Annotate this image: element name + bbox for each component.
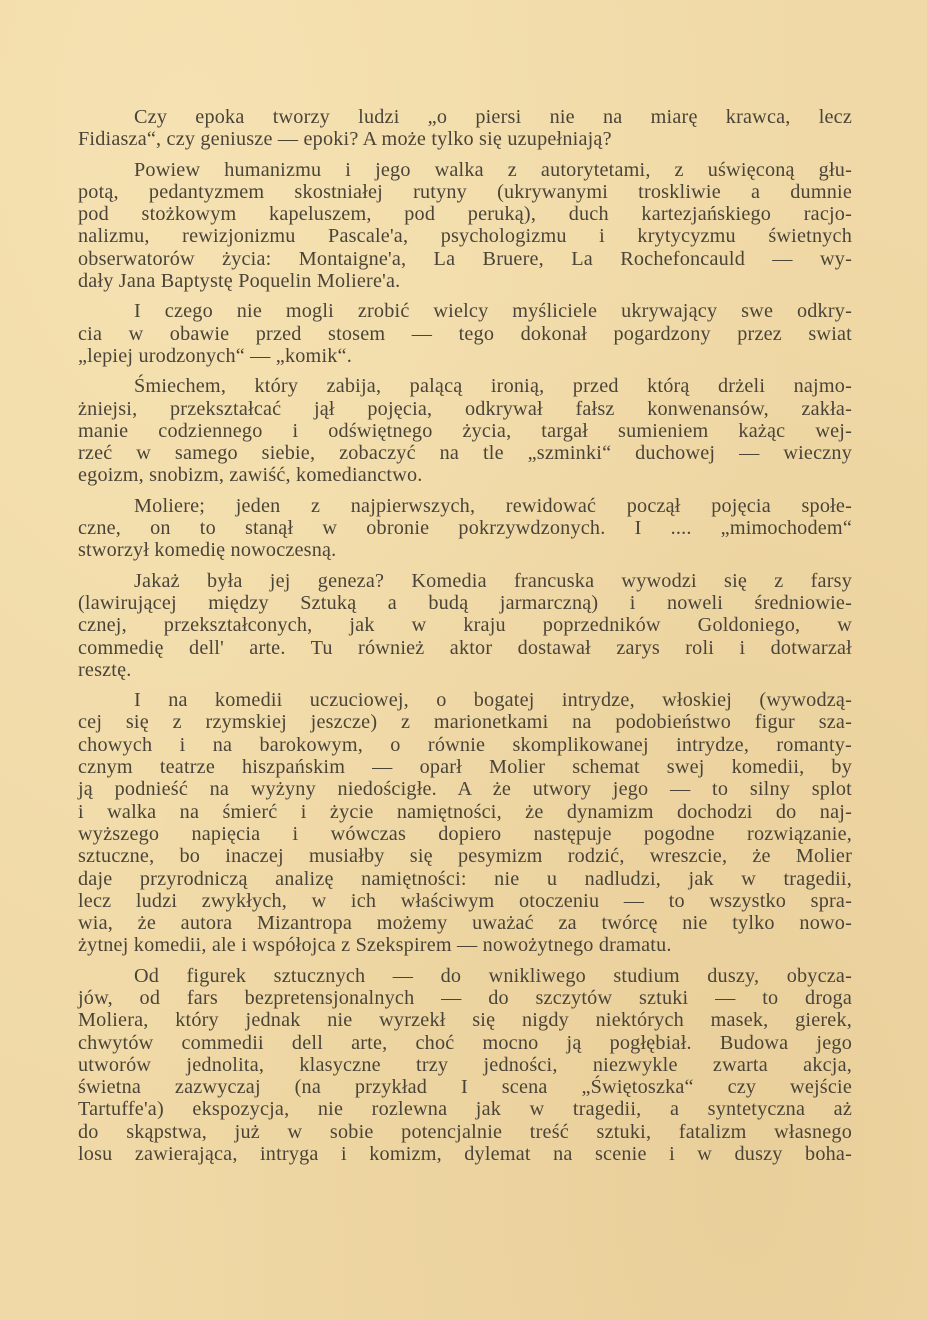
text-line: manie codziennego i odświętnego życia, t… bbox=[78, 420, 852, 442]
text-line: pod stożkowym kapeluszem, pod peruką), d… bbox=[78, 203, 852, 225]
text-line: dały Jana Baptystę Poquelin Moliere'a. bbox=[78, 270, 852, 292]
paragraph-5: Moliere; jeden z najpierwszych, rewidowa… bbox=[78, 495, 852, 562]
text-line: do skąpstwa, już w sobie potencjalnie tr… bbox=[78, 1121, 852, 1143]
paragraph-4: Śmiechem, który zabija, palącą ironią, p… bbox=[78, 375, 852, 486]
document-body: Czy epoka tworzy ludzi „o piersi nie na … bbox=[78, 106, 852, 1173]
text-line: losu zawierająca, intryga i komizm, dyle… bbox=[78, 1143, 852, 1165]
text-line: Powiew humanizmu i jego walka z autoryte… bbox=[78, 159, 852, 181]
text-line: I czego nie mogli zrobić wielcy myślicie… bbox=[78, 300, 852, 322]
text-line: wyższego napięcia i wówczas dopiero nast… bbox=[78, 823, 852, 845]
text-line: egoizm, snobizm, zawiść, komedianctwo. bbox=[78, 464, 852, 486]
text-line: Od figurek sztucznych — do wnikliwego st… bbox=[78, 965, 852, 987]
paragraph-6: Jakaż była jej geneza? Komedia francuska… bbox=[78, 570, 852, 681]
text-line: „lepiej urodzonych“ — „komik“. bbox=[78, 345, 852, 367]
text-line: nalizmu, rewizjonizmu Pascale'a, psychol… bbox=[78, 225, 852, 247]
text-line: (lawirującej między Sztuką a budą jarmar… bbox=[78, 592, 852, 614]
text-line: cznej, przekształconych, jak w kraju pop… bbox=[78, 614, 852, 636]
document-page: { "document": { "paragraphs": [ { "lines… bbox=[0, 0, 927, 1320]
text-line: wia, że autora Mizantropa możemy uważać … bbox=[78, 912, 852, 934]
text-line: czne, on to stanął w obronie pokrzywdzon… bbox=[78, 517, 852, 539]
paragraph-3: I czego nie mogli zrobić wielcy myślicie… bbox=[78, 300, 852, 367]
text-line: I na komedii uczuciowej, o bogatej intry… bbox=[78, 689, 852, 711]
text-line: sztuczne, bo inaczej musiałby się pesymi… bbox=[78, 845, 852, 867]
text-line: i walka na śmierć i życie namiętności, ż… bbox=[78, 801, 852, 823]
text-line: cia w obawie przed stosem — tego dokonał… bbox=[78, 323, 852, 345]
text-line: rzeć w samego siebie, zobaczyć na tle „s… bbox=[78, 442, 852, 464]
text-line: stworzył komedię nowoczesną. bbox=[78, 539, 852, 561]
text-line: lecz ludzi zwykłych, w ich właściwym oto… bbox=[78, 890, 852, 912]
text-line: Jakaż była jej geneza? Komedia francuska… bbox=[78, 570, 852, 592]
text-line: obserwatorów życia: Montaigne'a, La Brue… bbox=[78, 248, 852, 270]
text-line: resztę. bbox=[78, 659, 852, 681]
text-line: daje przyrodniczą analizę namiętności: n… bbox=[78, 868, 852, 890]
text-line: Tartuffe'a) ekspozycja, nie rozlewna jak… bbox=[78, 1098, 852, 1120]
paragraph-8: Od figurek sztucznych — do wnikliwego st… bbox=[78, 965, 852, 1166]
text-line: Śmiechem, który zabija, palącą ironią, p… bbox=[78, 375, 852, 397]
text-line: cej się z rzymskiej jeszcze) z marionetk… bbox=[78, 711, 852, 733]
text-line: Moliere; jeden z najpierwszych, rewidowa… bbox=[78, 495, 852, 517]
text-line: potą, pedantyzmem skostniałej rutyny (uk… bbox=[78, 181, 852, 203]
text-line: Fidiasza“, czy geniusze — epoki? A może … bbox=[78, 128, 852, 150]
text-line: żniejsi, przekształcać jął pojęcia, odkr… bbox=[78, 398, 852, 420]
text-line: żytnej komedii, ale i współojca z Szeksp… bbox=[78, 934, 852, 956]
text-line: chowych i na barokowym, o równie skompli… bbox=[78, 734, 852, 756]
text-line: Moliera, który jednak nie wyrzekł się ni… bbox=[78, 1009, 852, 1031]
paragraph-7: I na komedii uczuciowej, o bogatej intry… bbox=[78, 689, 852, 957]
text-line: commedię dell' arte. Tu również aktor do… bbox=[78, 637, 852, 659]
text-line: chwytów commedii dell arte, choć mocno j… bbox=[78, 1032, 852, 1054]
text-line: jów, od fars bezpretensjonalnych — do sz… bbox=[78, 987, 852, 1009]
text-line: Czy epoka tworzy ludzi „o piersi nie na … bbox=[78, 106, 852, 128]
text-line: świetna zazwyczaj (na przykład I scena „… bbox=[78, 1076, 852, 1098]
text-line: utworów jednolita, klasyczne trzy jednoś… bbox=[78, 1054, 852, 1076]
paragraph-1: Czy epoka tworzy ludzi „o piersi nie na … bbox=[78, 106, 852, 151]
paragraph-2: Powiew humanizmu i jego walka z autoryte… bbox=[78, 159, 852, 293]
text-line: ją podnieść na wyżyny niedościgłe. A że … bbox=[78, 778, 852, 800]
text-line: cznym teatrze hiszpańskim — oparł Molier… bbox=[78, 756, 852, 778]
